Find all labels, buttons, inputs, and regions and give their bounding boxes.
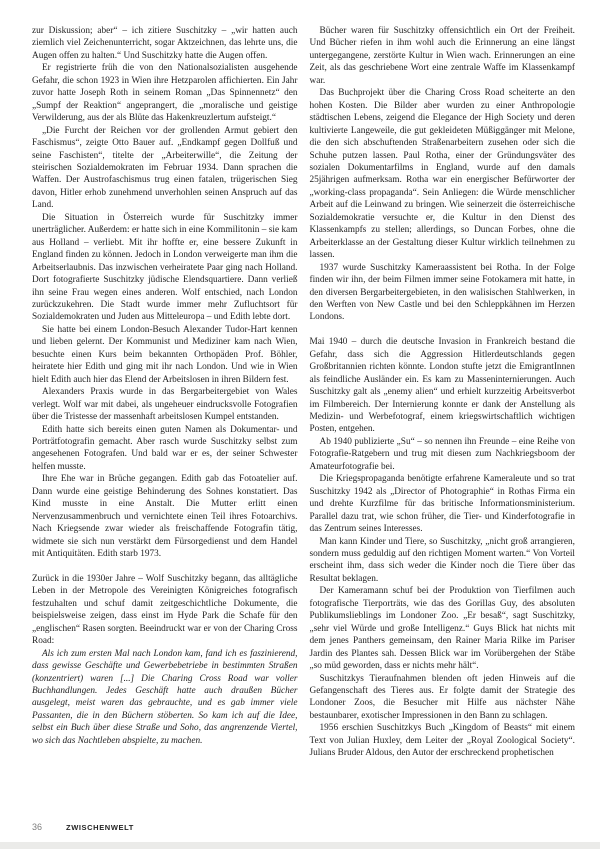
paragraph: 1956 erschien Suschitzkys Buch „Kingdom …	[310, 722, 576, 759]
paragraph: Als ich zum ersten Mal nach London kam, …	[32, 648, 298, 748]
paragraph: Das Buchprojekt über die Charing Cross R…	[310, 87, 576, 261]
paragraph: „Die Furcht der Reichen vor der grollend…	[32, 125, 298, 212]
paragraph: Man kann Kinder und Tiere, so Suschitzky…	[310, 536, 576, 586]
journal-name: ZWISCHENWELT	[66, 823, 134, 832]
scan-edge-shadow	[0, 842, 600, 849]
paragraph: Die Kriegspropaganda benötigte erfahrene…	[310, 473, 576, 535]
page-footer: 36 ZWISCHENWELT	[32, 822, 134, 832]
paragraph: Zurück in die 1930er Jahre – Wolf Suschi…	[32, 573, 298, 648]
paragraph: Bücher waren für Suschitzky offensichtli…	[310, 25, 576, 87]
paragraph: 1937 wurde Suschitzky Kameraassistent be…	[310, 262, 576, 324]
paragraph: Ab 1940 publizierte „Su“ – so nennen ihn…	[310, 436, 576, 473]
paragraph: Suschitzkys Tieraufnahmen blenden oft je…	[310, 673, 576, 723]
paragraph: Edith hatte sich bereits einen guten Nam…	[32, 424, 298, 474]
paragraph: Der Kameramann schuf bei der Produktion …	[310, 585, 576, 672]
paragraph: Ihre Ehe war in Brüche gegangen. Edith g…	[32, 473, 298, 560]
text-column-right: Bücher waren für Suschitzky offensichtli…	[310, 25, 576, 760]
paragraph: Sie hatte bei einem London-Besuch Alexan…	[32, 324, 298, 386]
article-body: zur Diskussion; aber“ – ich zitiere Susc…	[32, 25, 575, 760]
paragraph: Er registrierte früh die von den Nationa…	[32, 62, 298, 124]
paragraph: Alexanders Praxis wurde in das Bergarbei…	[32, 386, 298, 423]
page-number: 36	[32, 822, 42, 832]
text-column-left: zur Diskussion; aber“ – ich zitiere Susc…	[32, 25, 298, 760]
paragraph: Mai 1940 – durch die deutsche Invasion i…	[310, 336, 576, 436]
document-page: zur Diskussion; aber“ – ich zitiere Susc…	[0, 0, 600, 849]
paragraph: zur Diskussion; aber“ – ich zitiere Susc…	[32, 25, 298, 62]
paragraph: Die Situation in Österreich wurde für Su…	[32, 212, 298, 324]
